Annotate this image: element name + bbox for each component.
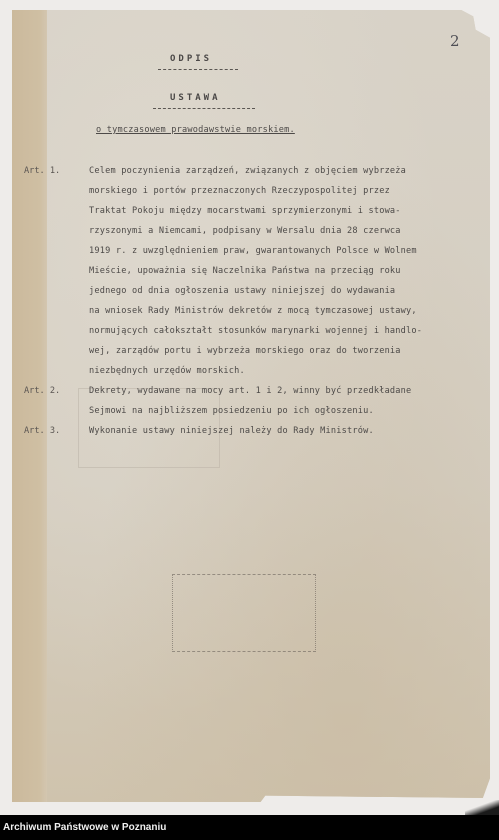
heading-copy-underline	[158, 69, 238, 70]
text-line: Wykonanie ustawy niniejszej należy do Ra…	[89, 426, 374, 436]
text-line: Dekrety, wydawane na mocy art. 1 i 2, wi…	[89, 386, 411, 396]
article-label: Art. 1.	[24, 166, 60, 176]
binding-strip	[12, 10, 47, 802]
text-line: 1919 r. z uwzględnieniem praw, gwarantow…	[89, 246, 417, 256]
text-line: Traktat Pokoju między mocarstwami sprzym…	[89, 206, 401, 216]
text-line: Celem poczynienia zarządzeń, związanych …	[89, 166, 406, 176]
heading-copy: ODPIS	[170, 54, 212, 64]
text-line: Sejmowi na najbliższem posiedzeniu po ic…	[89, 406, 374, 416]
text-line: morskiego i portów przeznaczonych Rzeczy…	[89, 186, 390, 196]
archive-footer: Archiwum Państwowe w Poznaniu	[0, 815, 499, 840]
scanner-edge-shadow	[465, 800, 499, 815]
faded-stamp-outline	[172, 574, 316, 652]
page-number: 2	[450, 32, 460, 50]
heading-title: USTAWA	[170, 93, 221, 103]
heading-title-underline	[153, 108, 255, 109]
text-line: niezbędnych urzędów morskich.	[89, 366, 245, 376]
text-line: normujących całokształt stosunków maryna…	[89, 326, 422, 336]
article-label: Art. 3.	[24, 426, 60, 436]
archive-name: Archiwum Państwowe w Poznaniu	[3, 822, 166, 833]
text-line: rzyszonymi a Niemcami, podpisany w Wersa…	[89, 226, 401, 236]
text-line: wej, zarządów portu i wybrzeża morskiego…	[89, 346, 401, 356]
article-label: Art. 2.	[24, 386, 60, 396]
text-line: na wniosek Rady Ministrów dekretów z moc…	[89, 306, 417, 316]
law-subtitle: o tymczasowem prawodawstwie morskiem.	[96, 125, 295, 135]
text-line: Mieście, upoważnia się Naczelnika Państw…	[89, 266, 401, 276]
text-line: jednego od dnia ogłoszenia ustawy niniej…	[89, 286, 395, 296]
